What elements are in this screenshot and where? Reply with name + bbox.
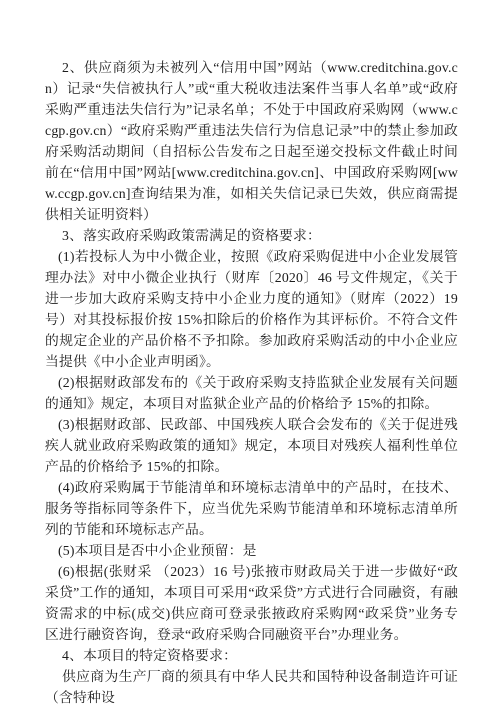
clause-2-supplier-credit-requirement: 2、供应商须为未被列入“信用中国”网站（www.creditchina.gov.…: [45, 57, 458, 225]
item-3-disabled-welfare-unit-deduction: (3)根据财政部、民政部、中国残疾人联合会发布的《关于促进残疾人就业政府采购政策…: [45, 414, 458, 477]
item-2-prison-enterprise-deduction: (2)根据财政部发布的《关于政府采购支持监狱企业发展有关问题的通知》规定，本项目…: [45, 372, 458, 414]
item-5-sme-reservation: (5)本项目是否中小企业预留：是: [45, 540, 458, 561]
document-page: 2、供应商须为未被列入“信用中国”网站（www.creditchina.gov.…: [0, 0, 500, 706]
clause-4-specific-qualification-heading: 4、本项目的特定资格要求：: [45, 645, 458, 666]
clause-4-manufacturer-license-requirement: 供应商为生产厂商的须具有中华人民共和国特种设备制造许可证（含特种设: [45, 666, 458, 706]
item-4-energy-saving-priority: (4)政府采购属于节能清单和环境标志清单中的产品时，在技术、服务等指标同等条件下…: [45, 477, 458, 540]
clause-3-policy-requirements-heading: 3、落实政府采购政策需满足的资格要求：: [45, 225, 458, 246]
item-6-procurement-loan-policy: (6)根据(张财采 （2023）16 号)张掖市财政局关于进一步做好“政采贷”工…: [45, 561, 458, 645]
item-1-sme-price-deduction: (1)若投标人为中小微企业，按照《政府采购促进中小企业发展管理办法》对中小微企业…: [45, 246, 458, 372]
document-body: 2、供应商须为未被列入“信用中国”网站（www.creditchina.gov.…: [45, 57, 458, 706]
